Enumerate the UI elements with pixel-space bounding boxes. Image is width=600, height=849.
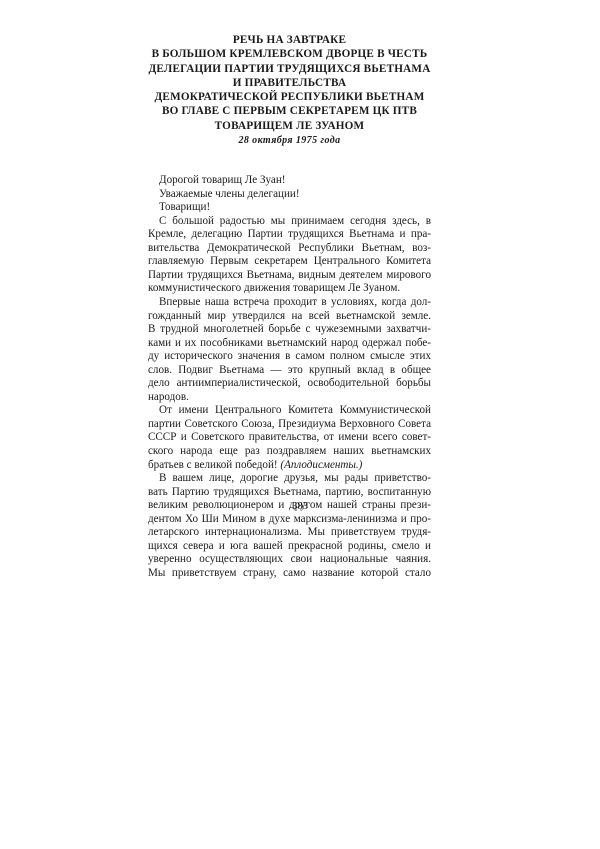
text-line: С большой радостью мы принимаем сегодня … xyxy=(148,215,431,229)
text-line: народов. xyxy=(148,391,431,405)
text-line: ками и их пособниками вьетнамский народ … xyxy=(148,337,431,351)
text-line: братьев с великой победой! (Аплодисменты… xyxy=(148,459,431,473)
text-line: щихся севера и юга вашей прекрасной роди… xyxy=(148,540,431,554)
text-line: ду исторического значения в самом полном… xyxy=(148,350,431,364)
title-line: РЕЧЬ НА ЗАВТРАКЕ xyxy=(148,33,431,47)
title-line: ДЕМОКРАТИЧЕСКОЙ РЕСПУБЛИКИ ВЬЕТНАМ xyxy=(148,90,431,104)
text-line: главляемую Первым секретарем Центральног… xyxy=(148,255,431,269)
text-line: партии Советского Союза, Президиума Верх… xyxy=(148,418,431,432)
greeting: Уважаемые члены делегации! xyxy=(148,188,431,202)
text-line: СССР и Советского правительства, от имен… xyxy=(148,431,431,445)
paragraph: От имени Центрального Комитета Коммунист… xyxy=(148,404,431,472)
page-number: 383 xyxy=(0,500,600,513)
paragraph: Впервые наша встреча проходит в условиях… xyxy=(148,296,431,404)
applause-remark: (Аплодисменты.) xyxy=(280,459,362,471)
paragraph: В вашем лице, дорогие друзья, мы рады пр… xyxy=(148,472,431,580)
title-line: ТОВАРИЩЕМ ЛЕ ЗУАНОМ xyxy=(148,119,431,133)
speech-body: Дорогой товарищ Ле Зуан! Уважаемые члены… xyxy=(148,174,431,580)
text-line: От имени Центрального Комитета Коммунист… xyxy=(148,404,431,418)
title-line: ВО ГЛАВЕ С ПЕРВЫМ СЕКРЕТАРЕМ ЦК ПТВ xyxy=(148,104,431,118)
text-line: Впервые наша встреча проходит в условиях… xyxy=(148,296,431,310)
text-line: уверенно осуществляющих свои национальны… xyxy=(148,553,431,567)
text-line: вать Партию трудящихся Вьетнама, партию,… xyxy=(148,486,431,500)
text-line: дело антиимпериалистической, освободител… xyxy=(148,377,431,391)
speech-title: РЕЧЬ НА ЗАВТРАКЕ В БОЛЬШОМ КРЕМЛЕВСКОМ Д… xyxy=(148,33,431,133)
document-page: РЕЧЬ НА ЗАВТРАКЕ В БОЛЬШОМ КРЕМЛЕВСКОМ Д… xyxy=(148,33,431,580)
greeting: Дорогой товарищ Ле Зуан! xyxy=(148,174,431,188)
text-line: слов. Подвиг Вьетнама — это крупный вкла… xyxy=(148,364,431,378)
text-fragment: братьев с великой победой! xyxy=(148,459,278,471)
title-line: И ПРАВИТЕЛЬСТВА xyxy=(148,76,431,90)
text-line: коммунистического движения товарищем Ле … xyxy=(148,282,431,296)
greeting: Товарищи! xyxy=(148,201,431,215)
text-line: В трудной многолетней борьбе с чужеземны… xyxy=(148,323,431,337)
text-line: ского народа еще раз поздравляем наших в… xyxy=(148,445,431,459)
text-line: летарского интернационализма. Мы приветс… xyxy=(148,526,431,540)
text-line: Партии трудящихся Вьетнама, видным деяте… xyxy=(148,269,431,283)
text-line: вительства Демократической Республики Вь… xyxy=(148,242,431,256)
text-line: дентом Хо Ши Мином в духе марксизма-лени… xyxy=(148,513,431,527)
text-line: Кремле, делегацию Партии трудящихся Вьет… xyxy=(148,228,431,242)
text-line: Мы приветствуем страну, само название ко… xyxy=(148,567,431,581)
paragraph: С большой радостью мы принимаем сегодня … xyxy=(148,215,431,296)
title-line: В БОЛЬШОМ КРЕМЛЕВСКОМ ДВОРЦЕ В ЧЕСТЬ xyxy=(148,47,431,61)
speech-date: 28 октября 1975 года xyxy=(148,134,431,147)
text-line: гожданный мир утвердился на всей вьетнам… xyxy=(148,310,431,324)
text-line: В вашем лице, дорогие друзья, мы рады пр… xyxy=(148,472,431,486)
title-line: ДЕЛЕГАЦИИ ПАРТИИ ТРУДЯЩИХСЯ ВЬЕТНАМА xyxy=(148,62,431,76)
